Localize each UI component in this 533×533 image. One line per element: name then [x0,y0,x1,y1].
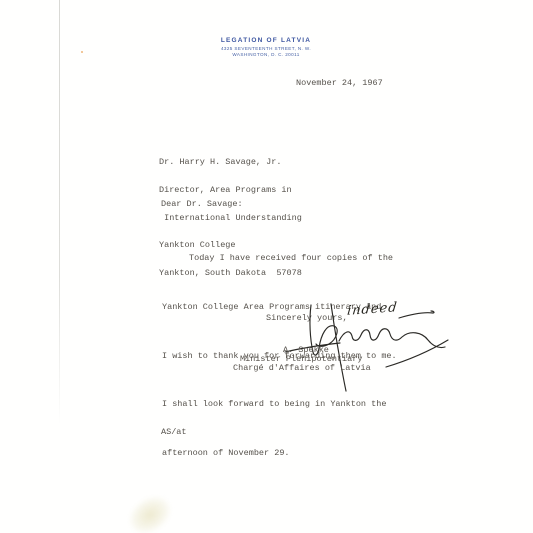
legation-address-line2: WASHINGTON, D. C. 20011 [181,52,351,58]
salutation: Dear Dr. Savage: [161,199,243,209]
signer-title-2: Chargé d'Affaires of Latvia [233,363,371,373]
typist-initials: AS/at [161,427,187,437]
paper-speck [81,51,83,53]
indeed-flourish-stroke [399,311,434,318]
letterhead: LEGATION OF LATVIA 4325 SEVENTEENTH STRE… [181,37,351,58]
letter-page: LEGATION OF LATVIA 4325 SEVENTEENTH STRE… [0,0,533,533]
recipient-line: Dr. Harry H. Savage, Jr. [159,158,302,167]
legation-name: LEGATION OF LATVIA [181,37,351,44]
body-line: I shall look forward to being in Yankton… [162,396,397,412]
body-line: Today I have received four copies of the [162,250,397,266]
recipient-line: Director, Area Programs in [159,186,302,195]
body-line: afternoon of November 29. [162,445,397,461]
date-line: November 24, 1967 [296,78,383,88]
complimentary-close: Sincerely yours, [266,313,348,323]
paper-edge-line [59,0,60,425]
stain-smudge [123,489,177,533]
